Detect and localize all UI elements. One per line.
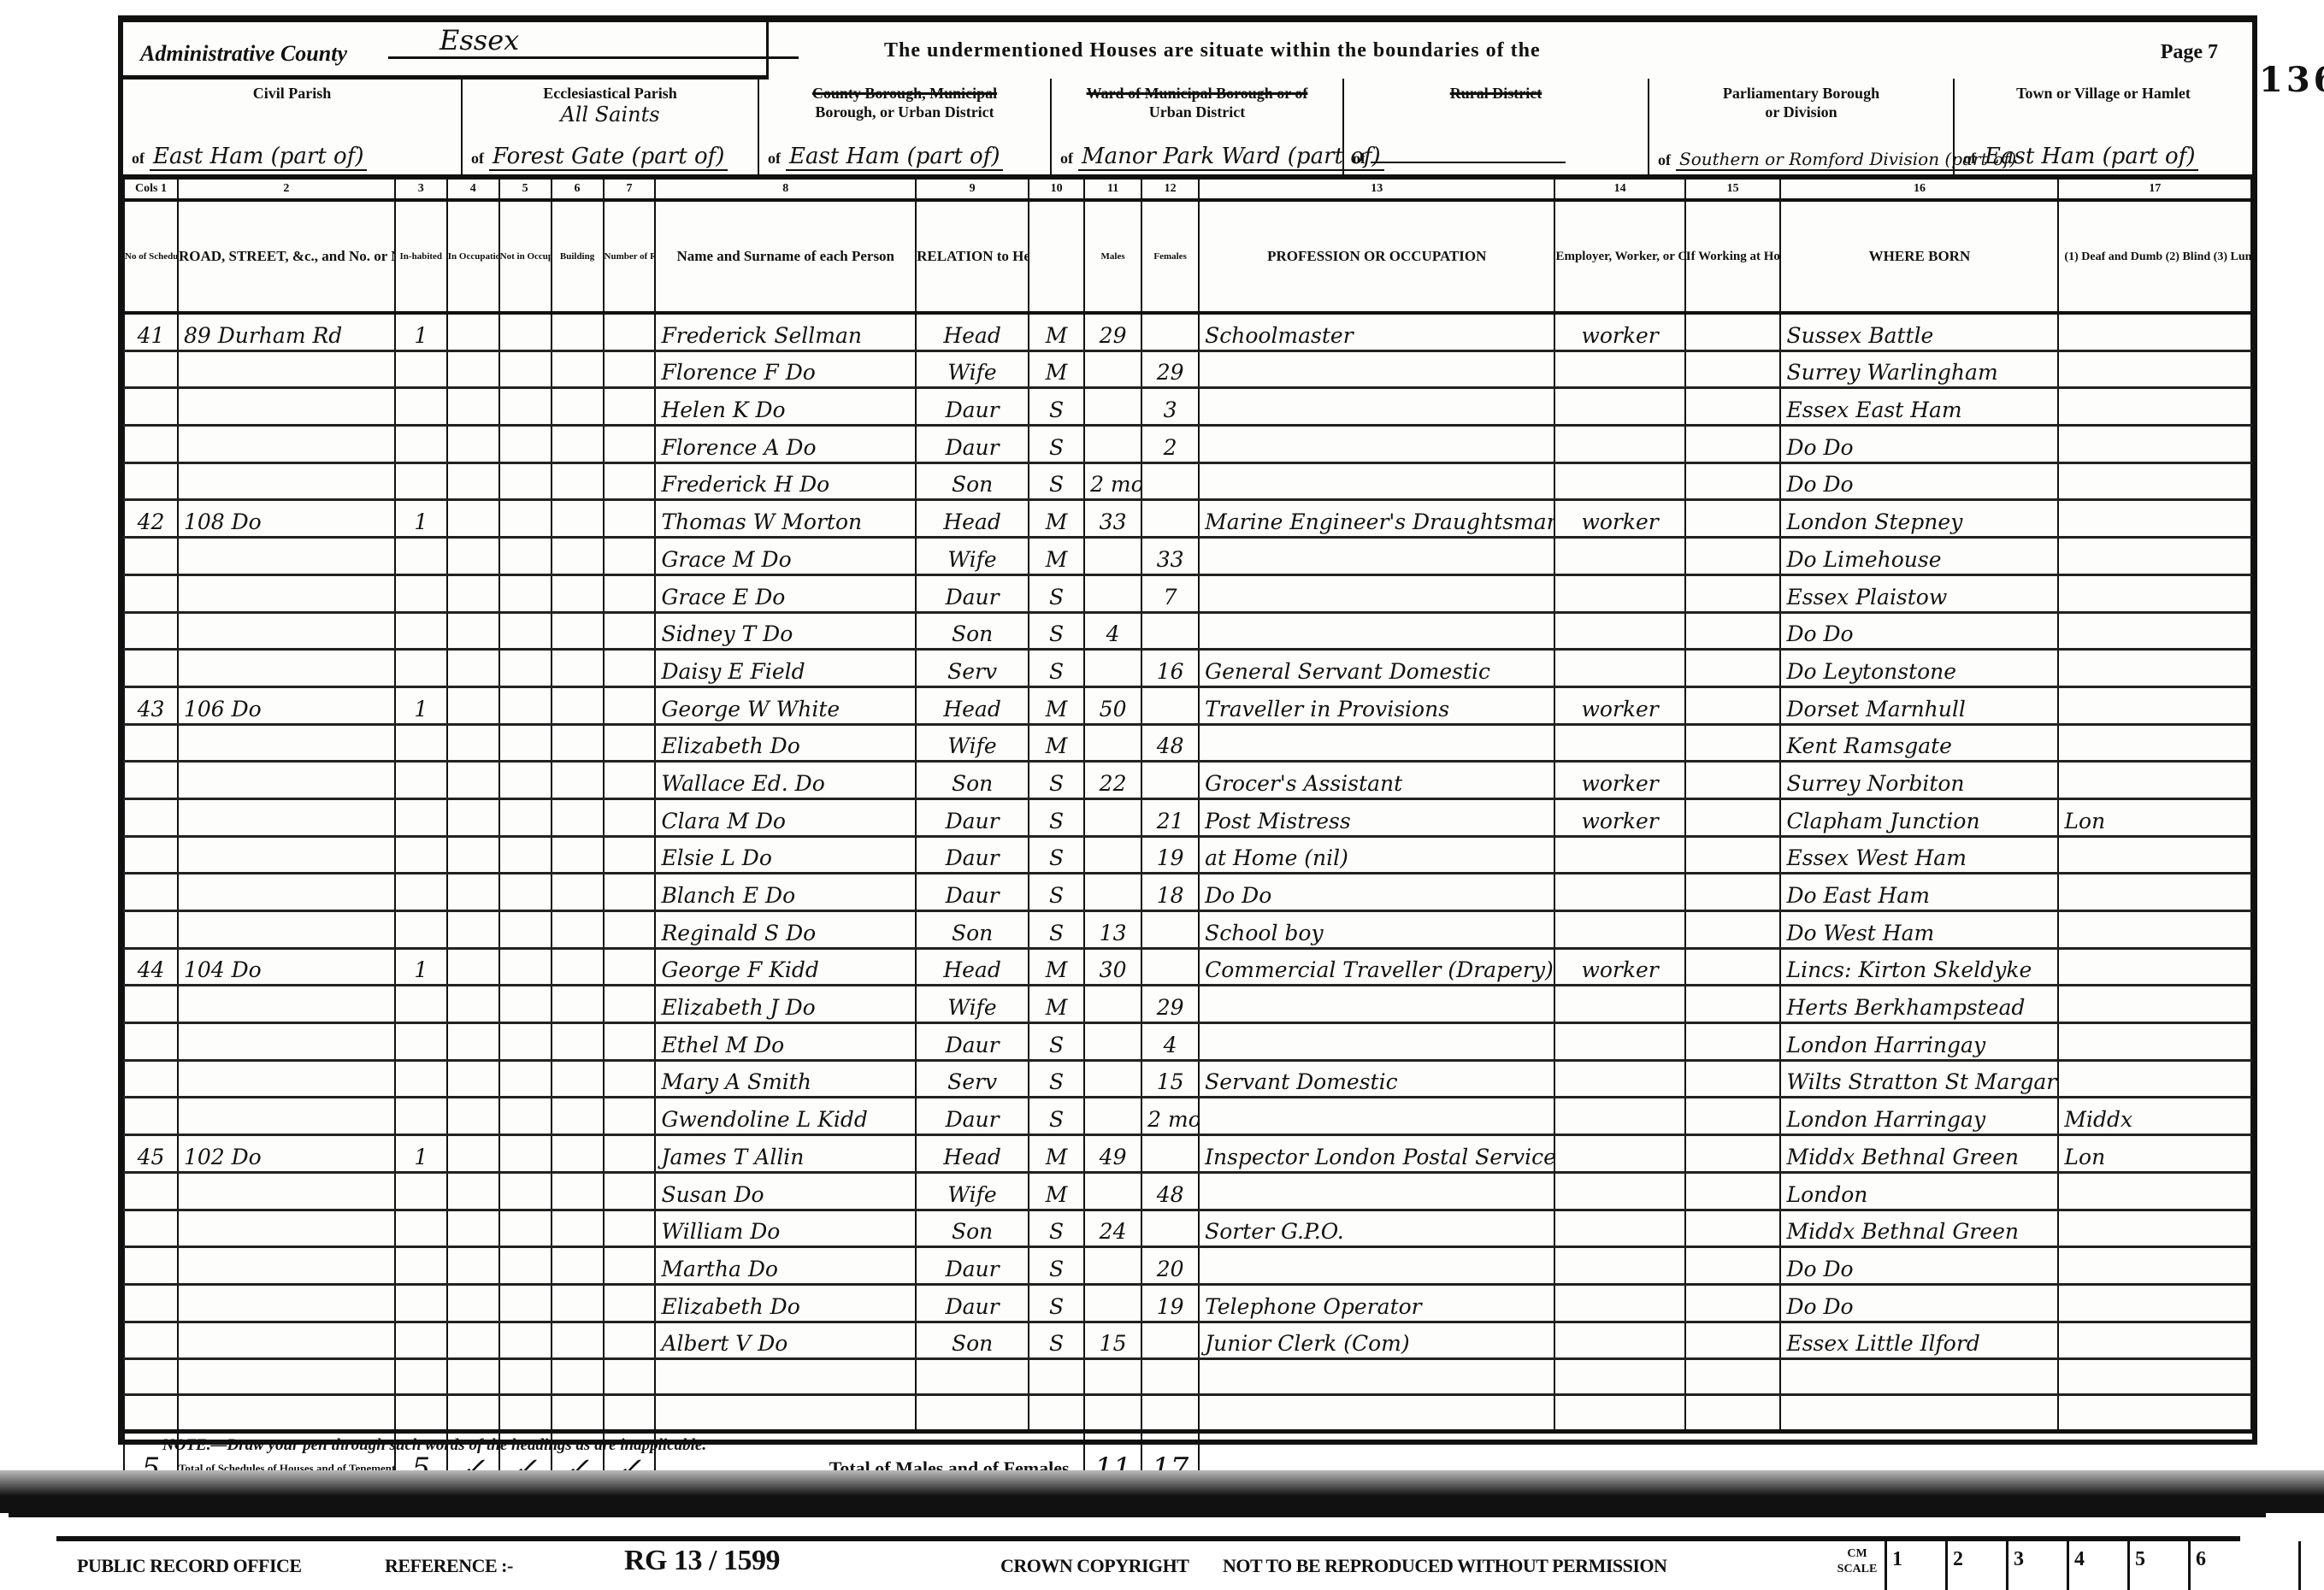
cell-male-age [1084,650,1141,687]
cell-address [178,1098,395,1135]
cell-schedule: 42 [124,500,178,538]
cell-female-age [1141,1210,1199,1247]
cell-occupation [1199,1023,1554,1061]
cell-female-age: 48 [1141,1172,1199,1210]
cell-female-age: 4 [1141,1023,1199,1061]
cell-male-age [1084,1023,1141,1061]
cell-address [178,911,395,949]
cell-inhabited [395,462,447,500]
cell-infirmity: Lon [2058,1135,2251,1173]
page-title: The undermentioned Houses are situate wi… [884,39,1541,62]
cell-male-age: 29 [1084,313,1141,350]
cell-occupation: Schoolmaster [1199,313,1554,350]
cell-born: London Stepney [1780,500,2058,538]
archive-footer: PUBLIC RECORD OFFICE REFERENCE :- RG 13 … [9,1513,2266,1590]
column-number: 10 [1029,180,1084,200]
cell-infirmity: Lon [2058,798,2251,836]
cell-schedule: 45 [124,1135,178,1173]
cell-schedule [124,724,178,762]
cell-address [178,874,395,911]
cell-male-age [1084,538,1141,575]
cell-condition: M [1029,313,1084,350]
cell-condition: S [1029,1098,1084,1135]
cell-female-age: 15 [1141,1060,1199,1098]
cell-relation: Wife [916,538,1029,575]
cell-inhabited: 1 [395,500,447,538]
cell-male-age [1084,1284,1141,1322]
cell-schedule [124,612,178,650]
cell-condition: S [1029,574,1084,612]
cell-relation: Serv [916,1060,1029,1098]
cell-schedule [124,836,178,874]
cell-address [178,1210,395,1247]
cell-occupation [1199,986,1554,1023]
cell-born: Herts Berkhampstead [1780,986,2058,1023]
cell-female-age: 29 [1141,986,1199,1023]
cell-female-age [1141,911,1199,949]
cell-condition: S [1029,836,1084,874]
cell-male-age [1084,836,1141,874]
cell-occupation: Traveller in Provisions [1199,686,1554,724]
cell-name: James T Allin [655,1135,916,1173]
ward: Ward of Municipal Borough or of Urban Di… [1052,79,1344,174]
column-number: 11 [1084,180,1141,200]
header-infirmity: (1) Deaf and Dumb (2) Blind (3) Lunatic … [2058,200,2251,313]
cell-schedule [124,462,178,500]
cell-born: Do West Ham [1780,911,2058,949]
table-row: Clara M DoDaurS21Post MistressworkerClap… [124,798,2251,836]
cell-inhabited [395,1098,447,1135]
cell-name: George F Kidd [655,948,916,986]
cell-occupation: Do Do [1199,874,1554,911]
cell-born: Do Do [1780,1247,2058,1285]
cell-inhabited [395,798,447,836]
cell-occupation: Post Mistress [1199,798,1554,836]
cell-inhabited [395,1247,447,1285]
cell-employer [1554,1322,1684,1359]
instruction-note: NOTE.—Draw your pen through such words o… [162,1436,706,1455]
cell-male-age: 30 [1084,948,1141,986]
cell-female-age [1141,612,1199,650]
cell-schedule [124,650,178,687]
cell-name: Helen K Do [655,388,916,426]
cell-born: Lincs: Kirton Skeldyke [1780,948,2058,986]
census-table: Cols 1234567891011121314151617 No of Sch… [123,180,2252,1504]
ward-value: Manor Park Ward (part of) [1078,144,1384,171]
cell-name: Reginald S Do [655,911,916,949]
cell-infirmity [2058,836,2251,874]
cell-infirmity [2058,1322,2251,1359]
cell-born: Kent Ramsgate [1780,724,2058,762]
table-row: Martha DoDaurS20Do Do [124,1247,2251,1285]
cell-condition: S [1029,650,1084,687]
cell-infirmity [2058,762,2251,799]
cell-infirmity [2058,686,2251,724]
cell-occupation: Sorter G.P.O. [1199,1210,1554,1247]
cell-name: Ethel M Do [655,1023,916,1061]
cell-occupation: Junior Clerk (Com) [1199,1322,1554,1359]
cell-condition: S [1029,426,1084,463]
cell-occupation: Servant Domestic [1199,1060,1554,1098]
cell-male-age [1084,874,1141,911]
cell-occupation: Grocer's Assistant [1199,762,1554,799]
table-row: Daisy E FieldServS16General Servant Dome… [124,650,2251,687]
cell-schedule [124,538,178,575]
cell-female-age: 2 mo [1141,1098,1199,1135]
cell-schedule [124,874,178,911]
header-employer: Employer, Worker, or Own account [1554,200,1684,313]
cell-male-age: 13 [1084,911,1141,949]
table-row: Mary A SmithServS15Servant DomesticWilts… [124,1060,2251,1098]
cell-inhabited: 1 [395,948,447,986]
cell-name: Clara M Do [655,798,916,836]
cell-schedule [124,1210,178,1247]
census-rows: 4189 Durham Rd1Frederick SellmanHeadM29S… [124,313,2251,1359]
table-row: 45102 Do1James T AllinHeadM49Inspector L… [124,1135,2251,1173]
cell-relation: Daur [916,1098,1029,1135]
header-condition: Condition as to Marriage [1029,200,1084,313]
table-row: Grace E DoDaurS7Essex Plaistow [124,574,2251,612]
cell-name: Susan Do [655,1172,916,1210]
cell-born: Middx Bethnal Green [1780,1210,2058,1247]
cell-male-age: 33 [1084,500,1141,538]
cell-relation: Son [916,462,1029,500]
cell-address [178,574,395,612]
cell-condition: S [1029,1284,1084,1322]
cell-condition: S [1029,1023,1084,1061]
cell-address [178,724,395,762]
cell-relation: Son [916,762,1029,799]
cell-relation: Head [916,686,1029,724]
cell-male-age: 24 [1084,1210,1141,1247]
urban-district: County Borough, Municipal Borough, or Ur… [759,79,1052,174]
cell-schedule [124,986,178,1023]
cell-inhabited [395,724,447,762]
cell-occupation [1199,1098,1554,1135]
cell-employer [1554,426,1684,463]
cell-female-age: 48 [1141,724,1199,762]
cell-infirmity [2058,1023,2251,1061]
cell-male-age [1084,1060,1141,1098]
cell-infirmity [2058,1060,2251,1098]
cell-condition: S [1029,798,1084,836]
cell-born: Dorset Marnhull [1780,686,2058,724]
column-number: 14 [1554,180,1684,200]
cell-male-age [1084,574,1141,612]
cell-condition: S [1029,762,1084,799]
cell-male-age [1084,986,1141,1023]
table-row: 43106 Do1George W WhiteHeadM50Traveller … [124,686,2251,724]
admin-county-value: Essex [388,24,799,59]
cell-inhabited [395,1172,447,1210]
table-row: Elsie L DoDaurS19at Home (nil)Essex West… [124,836,2251,874]
cell-born: Do Do [1780,612,2058,650]
cell-occupation [1199,574,1554,612]
cell-inhabited [395,1023,447,1061]
cell-inhabited [395,911,447,949]
cell-name: Frederick H Do [655,462,916,500]
cell-infirmity [2058,1210,2251,1247]
cell-occupation: Commercial Traveller (Drapery) [1199,948,1554,986]
header-rooms: Number of Rooms occupied if less than Fi… [604,200,656,313]
cell-born: Essex East Ham [1780,388,2058,426]
table-row: Helen K DoDaurS3Essex East Ham [124,388,2251,426]
cell-relation: Head [916,500,1029,538]
footer-office: PUBLIC RECORD OFFICE [77,1555,302,1577]
column-number: 12 [1141,180,1199,200]
cell-infirmity [2058,911,2251,949]
cell-female-age: 21 [1141,798,1199,836]
header-building: Building [552,200,604,313]
cell-relation: Wife [916,724,1029,762]
cell-female-age: 19 [1141,1284,1199,1322]
cell-address: 106 Do [178,686,395,724]
cell-male-age [1084,1098,1141,1135]
cell-relation: Daur [916,426,1029,463]
cell-female-age [1141,762,1199,799]
column-number: 5 [499,180,552,200]
cell-born: Essex Plaistow [1780,574,2058,612]
cell-address: 108 Do [178,500,395,538]
column-number: 13 [1199,180,1554,200]
cell-address [178,1247,395,1285]
cell-address: 104 Do [178,948,395,986]
cell-address [178,462,395,500]
cell-schedule [124,1098,178,1135]
column-headers: No of Schedule ROAD, STREET, &c., and No… [124,200,2251,313]
cell-employer [1554,836,1684,874]
cell-schedule [124,1172,178,1210]
cell-condition: M [1029,1172,1084,1210]
cell-infirmity [2058,574,2251,612]
cell-born: London Harringay [1780,1098,2058,1135]
column-number: 3 [395,180,447,200]
cell-born: Essex Little Ilford [1780,1322,2058,1359]
cell-female-age [1141,462,1199,500]
column-number: 16 [1780,180,2058,200]
cell-condition: S [1029,462,1084,500]
cell-relation: Son [916,612,1029,650]
cell-address [178,1284,395,1322]
cell-address [178,650,395,687]
cell-male-age: 4 [1084,612,1141,650]
cell-occupation: Marine Engineer's Draughtsman [1199,500,1554,538]
cell-female-age: 16 [1141,650,1199,687]
cell-female-age [1141,948,1199,986]
cell-inhabited [395,538,447,575]
cell-relation: Daur [916,388,1029,426]
cell-relation: Wife [916,986,1029,1023]
cell-occupation: Telephone Operator [1199,1284,1554,1322]
cell-condition: S [1029,874,1084,911]
cell-occupation [1199,1247,1554,1285]
cell-condition: M [1029,500,1084,538]
cell-name: Wallace Ed. Do [655,762,916,799]
cell-infirmity [2058,650,2251,687]
cell-born: Do Do [1780,462,2058,500]
cell-condition: M [1029,986,1084,1023]
cell-schedule [124,1322,178,1359]
cell-male-age [1084,426,1141,463]
cell-born: Essex West Ham [1780,836,2058,874]
civil-parish-value: East Ham (part of) [150,144,367,171]
cell-employer [1554,724,1684,762]
cell-schedule [124,1060,178,1098]
cell-employer [1554,538,1684,575]
cell-inhabited [395,612,447,650]
cell-infirmity: Middx [2058,1098,2251,1135]
cell-address [178,388,395,426]
cell-inhabited: 1 [395,686,447,724]
cell-name: Florence A Do [655,426,916,463]
cell-occupation: at Home (nil) [1199,836,1554,874]
cell-name: Frederick Sellman [655,313,916,350]
cell-employer [1554,1098,1684,1135]
cell-condition: S [1029,1247,1084,1285]
cell-name: Elizabeth J Do [655,986,916,1023]
admin-county-label: Administrative County [140,41,347,67]
cell-employer: worker [1554,798,1684,836]
cell-employer: worker [1554,762,1684,799]
scan-margin [0,0,111,1453]
cell-inhabited [395,1060,447,1098]
table-row: Sidney T DoSonS4Do Do [124,612,2251,650]
cell-female-age: 29 [1141,350,1199,388]
cell-name: William Do [655,1210,916,1247]
ecclesiastical-parish-value: Forest Gate (part of) [489,144,728,171]
parliamentary-division: Parliamentary Borough or Division ofSout… [1649,79,1955,174]
table-row: Grace M DoWifeM33Do Limehouse [124,538,2251,575]
cell-occupation [1199,426,1554,463]
cell-inhabited [395,350,447,388]
table-row: Florence F DoWifeM29Surrey Warlingham [124,350,2251,388]
column-number: 4 [447,180,499,200]
cell-female-age [1141,500,1199,538]
table-row: Ethel M DoDaurS4London Harringay [124,1023,2251,1061]
cell-condition: M [1029,1135,1084,1173]
cell-born: Clapham Junction [1780,798,2058,836]
cell-relation: Wife [916,1172,1029,1210]
cell-employer [1554,574,1684,612]
column-number: 6 [552,180,604,200]
cell-female-age: 18 [1141,874,1199,911]
cell-female-age: 2 [1141,426,1199,463]
column-number: 15 [1685,180,1781,200]
cell-schedule [124,1023,178,1061]
cell-female-age: 33 [1141,538,1199,575]
cell-inhabited [395,388,447,426]
cell-inhabited: 1 [395,313,447,350]
cell-relation: Head [916,313,1029,350]
column-number: 9 [916,180,1029,200]
cell-employer [1554,1284,1684,1322]
cell-relation: Daur [916,874,1029,911]
cell-infirmity [2058,874,2251,911]
cell-relation: Daur [916,574,1029,612]
cell-employer [1554,874,1684,911]
footer-reference-label: REFERENCE :- [385,1555,513,1577]
column-number: 7 [604,180,656,200]
cell-born: Do Limehouse [1780,538,2058,575]
cell-occupation: Inspector London Postal Service [1199,1135,1554,1173]
cell-infirmity [2058,1284,2251,1322]
cell-born: Do Do [1780,426,2058,463]
cell-infirmity [2058,313,2251,350]
cell-address [178,986,395,1023]
cell-relation: Daur [916,1247,1029,1285]
cell-employer [1554,911,1684,949]
urban-district-value: East Ham (part of) [786,144,1003,171]
cell-born: Do Leytonstone [1780,650,2058,687]
cell-inhabited: 1 [395,1135,447,1173]
header-working-home: If Working at Home [1685,200,1781,313]
cell-employer [1554,1060,1684,1098]
cell-employer [1554,650,1684,687]
cell-infirmity [2058,426,2251,463]
cell-inhabited [395,836,447,874]
cell-name: Elizabeth Do [655,724,916,762]
cell-name: Grace E Do [655,574,916,612]
page-label: Page 7 [2161,41,2218,64]
town-value: East Ham (part of) [1981,144,2198,171]
cell-male-age: 15 [1084,1322,1141,1359]
header-name: Name and Surname of each Person [655,200,916,313]
header-relation: RELATION to Head of Family [916,200,1029,313]
cell-condition: S [1029,1322,1084,1359]
cell-relation: Daur [916,1284,1029,1322]
cell-name: George W White [655,686,916,724]
column-number: 8 [655,180,916,200]
cell-relation: Son [916,1322,1029,1359]
cell-name: Elizabeth Do [655,1284,916,1322]
cell-relation: Serv [916,650,1029,687]
cell-born: Surrey Norbiton [1780,762,2058,799]
cell-inhabited [395,762,447,799]
cell-infirmity [2058,462,2251,500]
column-number: 17 [2058,180,2251,200]
cell-female-age: 19 [1141,836,1199,874]
cell-condition: S [1029,612,1084,650]
table-row: Elizabeth J DoWifeM29Herts Berkhampstead [124,986,2251,1023]
cell-relation: Wife [916,350,1029,388]
cell-address [178,612,395,650]
cell-infirmity [2058,388,2251,426]
cell-male-age [1084,350,1141,388]
cell-employer [1554,1023,1684,1061]
cell-employer [1554,1135,1684,1173]
table-row: Reginald S DoSonS13School boyDo West Ham [124,911,2251,949]
cell-name: Sidney T Do [655,612,916,650]
cell-address [178,1322,395,1359]
cell-female-age: 20 [1141,1247,1199,1285]
cell-schedule [124,1247,178,1285]
cell-schedule: 44 [124,948,178,986]
cell-name: Grace M Do [655,538,916,575]
cell-employer [1554,612,1684,650]
cell-address [178,762,395,799]
folio-number: 136 [2259,60,2324,100]
cell-born: Sussex Battle [1780,313,2058,350]
cell-condition: S [1029,911,1084,949]
cell-born: Surrey Warlingham [1780,350,2058,388]
table-row: 44104 Do1George F KiddHeadM30Commercial … [124,948,2251,986]
cell-name: Florence F Do [655,350,916,388]
cell-occupation [1199,350,1554,388]
cell-occupation [1199,724,1554,762]
cell-born: London [1780,1172,2058,1210]
town: Town or Village or Hamlet ofEast Ham (pa… [1955,79,2252,174]
cell-condition: S [1029,1060,1084,1098]
